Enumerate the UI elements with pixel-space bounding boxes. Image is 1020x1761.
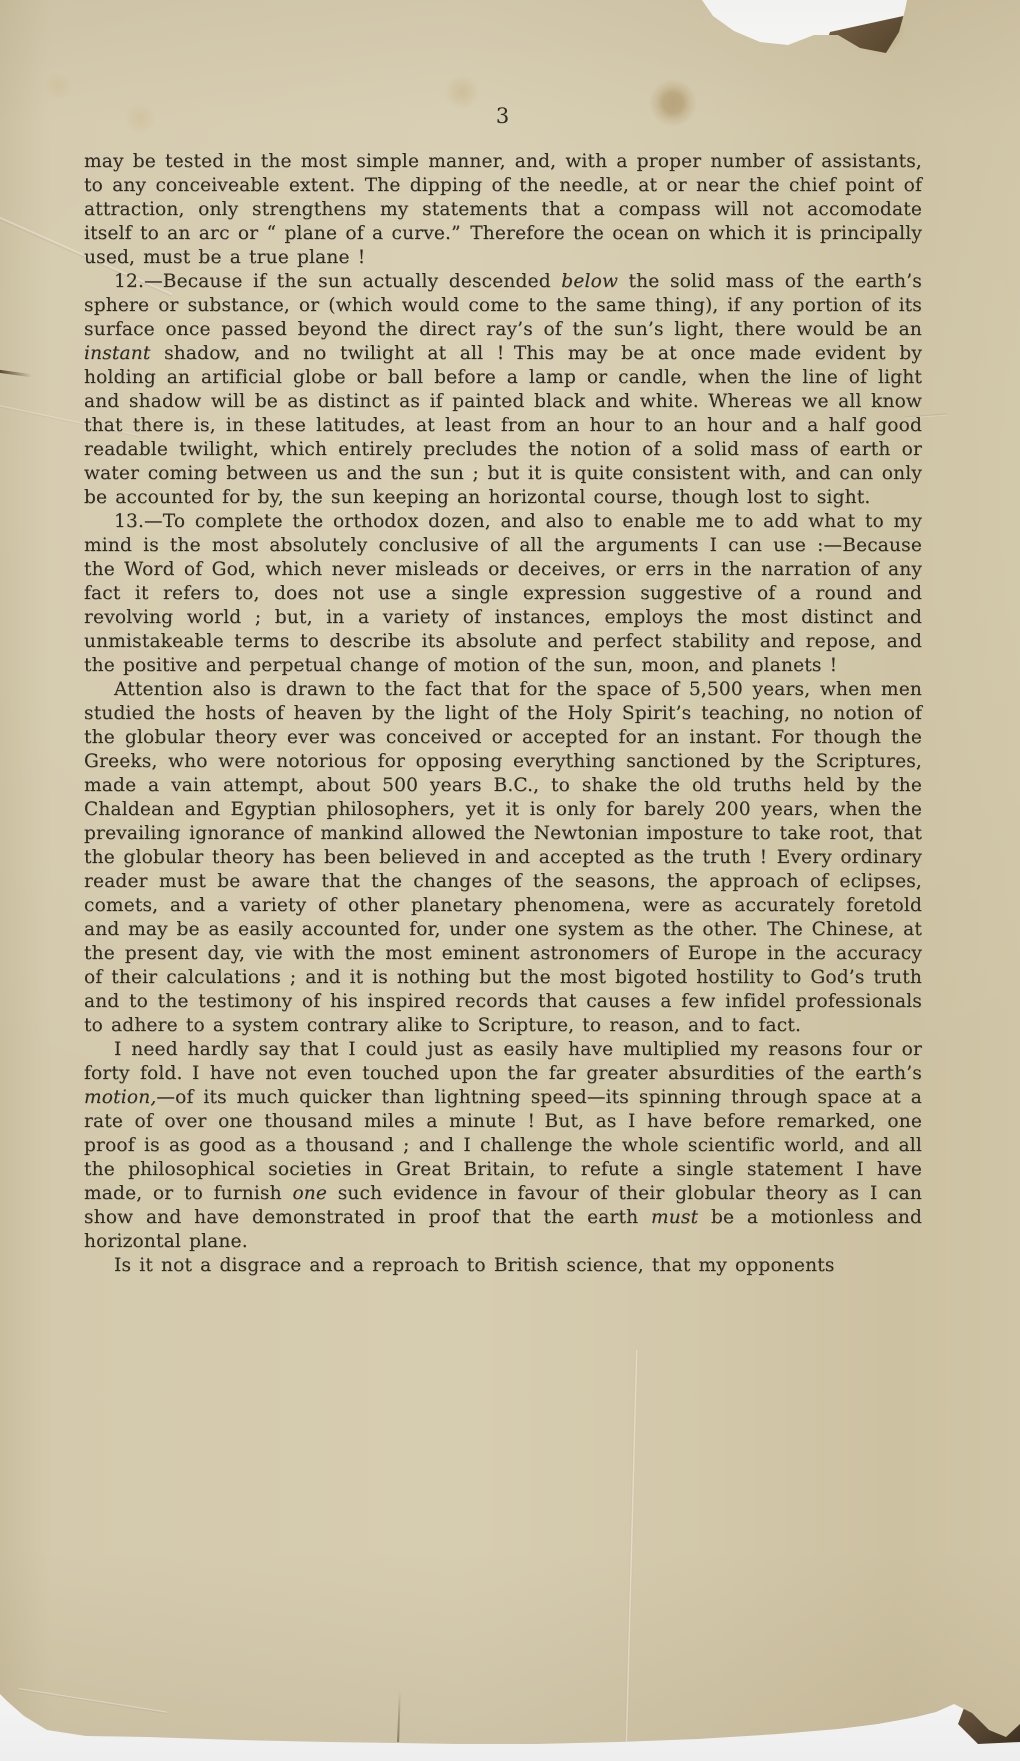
paper-sheet: 3 may be tested in the most simple manne… xyxy=(0,0,1020,1761)
fold-crease xyxy=(625,1350,638,1745)
text-segment: 12.—Because if the sun actually descende… xyxy=(114,271,561,292)
text-segment: I need hardly say that I could just as e… xyxy=(84,1039,922,1084)
paragraph: 12.—Because if the sun actually descende… xyxy=(84,270,922,510)
paragraph: may be tested in the most simple manner,… xyxy=(84,150,922,270)
paper-tear-crack xyxy=(0,370,32,378)
italic-text-segment: instant xyxy=(84,343,151,364)
scanned-page: 3 may be tested in the most simple manne… xyxy=(0,0,1020,1761)
italic-text-segment: one xyxy=(292,1183,327,1204)
text-segment: may be tested in the most simple manner,… xyxy=(84,151,922,268)
paragraph: Attention also is drawn to the fact that… xyxy=(84,678,922,1038)
page-number: 3 xyxy=(84,104,922,128)
italic-text-segment: must xyxy=(651,1207,698,1228)
text-segment: Is it not a disgrace and a reproach to B… xyxy=(114,1255,835,1276)
paragraph: 13.—To complete the orthodox dozen, and … xyxy=(84,510,922,678)
body-text: may be tested in the most simple manner,… xyxy=(84,150,922,1278)
fold-crease xyxy=(19,1688,167,1713)
text-segment: 13.—To complete the orthodox dozen, and … xyxy=(84,511,922,676)
italic-text-segment: motion, xyxy=(84,1087,156,1108)
paragraph: I need hardly say that I could just as e… xyxy=(84,1038,922,1254)
paragraph: Is it not a disgrace and a reproach to B… xyxy=(84,1254,922,1278)
text-segment: Attention also is drawn to the fact that… xyxy=(84,679,922,1036)
italic-text-segment: below xyxy=(561,271,618,292)
text-segment: shadow, and no twilight at all ! This ma… xyxy=(84,343,922,508)
paper-tear-crack xyxy=(397,1690,401,1742)
